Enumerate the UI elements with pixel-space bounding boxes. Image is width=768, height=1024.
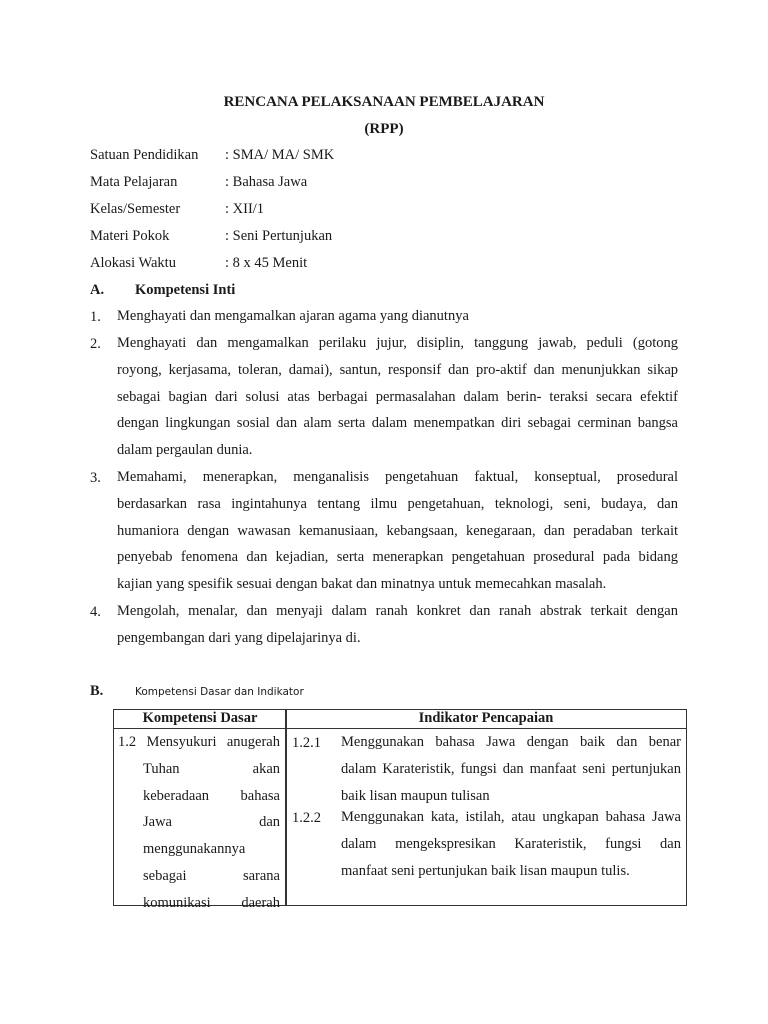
text-line: Menghayati dan mengamalkan ajaran agama … (117, 303, 678, 330)
document-subtitle: (RPP) (0, 121, 768, 138)
text-line: sebagai sarana (118, 863, 280, 890)
text-line: pengembangan dari yang dipelajarinya di. (117, 625, 678, 652)
text-line: komunikasi daerah (118, 890, 280, 917)
ki-item-3-number: 3. (90, 470, 101, 487)
meta-label-satuan-pendidikan: Satuan Pendidikan (90, 147, 198, 164)
ki-item-4-text: Mengolah, menalar, dan menyaji dalam ran… (117, 598, 678, 652)
kompetensi-table: Kompetensi Dasar Indikator Pencapaian 1.… (113, 709, 687, 906)
ki-item-4-number: 4. (90, 604, 101, 621)
text-line: manfaat seni pertunjukan baik lisan maup… (341, 858, 681, 885)
text-line: kajian yang spesifik sesuai dengan bakat… (117, 571, 678, 598)
text-line: berdasarkan rasa ingintahunya tentang il… (117, 491, 678, 518)
meta-value-materi-pokok: : Seni Pertunjukan (225, 228, 332, 245)
meta-value-satuan-pendidikan: : SMA/ MA/ SMK (225, 147, 334, 164)
meta-label-materi-pokok: Materi Pokok (90, 228, 169, 245)
indicator-2-text: Menggunakan kata, istilah, atau ungkapan… (341, 804, 681, 884)
text-line: dalam pergaulan dunia. (117, 437, 678, 464)
meta-label-alokasi-waktu: Alokasi Waktu (90, 255, 176, 272)
section-a-title: Kompetensi Inti (135, 282, 235, 299)
text-line: dalam Karateristik, fungsi dan manfaat s… (341, 756, 681, 783)
ki-item-3-text: Memahami, menerapkan, menganalisis penge… (117, 464, 678, 598)
meta-value-alokasi-waktu: : 8 x 45 Menit (225, 255, 307, 272)
text-line: Memahami, menerapkan, menganalisis penge… (117, 464, 678, 491)
table-header-kompetensi-dasar: Kompetensi Dasar (114, 710, 286, 727)
section-b-letter: B. (90, 683, 103, 700)
table-header-row: Kompetensi Dasar Indikator Pencapaian (114, 710, 686, 729)
section-b-title: Kompetensi Dasar dan Indikator (135, 686, 304, 698)
indicator-1-number: 1.2.1 (292, 735, 321, 752)
text-line: Jawa dan (118, 809, 280, 836)
ki-item-1-number: 1. (90, 309, 101, 326)
text-line: humaniora dengan wawasan kemanusiaan, ke… (117, 518, 678, 545)
text-line: keberadaan bahasa (118, 783, 280, 810)
indicator-1-text: Menggunakan bahasa Jawa dengan baik dan … (341, 729, 681, 809)
section-a-letter: A. (90, 282, 104, 299)
text-line: Tuhan akan (118, 756, 280, 783)
text-line: dalam mengekspresikan Karateristik, fung… (341, 831, 681, 858)
column-divider (285, 710, 287, 905)
ki-item-2-text: Menghayati dan mengamalkan perilaku juju… (117, 330, 678, 464)
text-line: menggunakannya (118, 836, 280, 863)
ki-item-2-number: 2. (90, 336, 101, 353)
text-line: royong, kerjasama, toleran, damai), sant… (117, 357, 678, 384)
indicator-2-number: 1.2.2 (292, 810, 321, 827)
text-line: penyebab fenomena dan kejadian, serta me… (117, 544, 678, 571)
text-line: Menggunakan bahasa Jawa dengan baik dan … (341, 729, 681, 756)
document-title: RENCANA PELAKSANAAN PEMBELAJARAN (0, 94, 768, 111)
kompetensi-dasar-cell: 1.2 Mensyukuri anugerah Tuhan akan keber… (118, 729, 280, 917)
text-line: sebagai bagian dari solusi atas berbagai… (117, 384, 678, 411)
table-header-indikator: Indikator Pencapaian (286, 710, 686, 727)
meta-label-mata-pelajaran: Mata Pelajaran (90, 174, 177, 191)
ki-item-1-text: Menghayati dan mengamalkan ajaran agama … (117, 303, 678, 330)
meta-label-kelas-semester: Kelas/Semester (90, 201, 180, 218)
meta-value-mata-pelajaran: : Bahasa Jawa (225, 174, 307, 191)
text-line: 1.2 Mensyukuri anugerah (118, 729, 280, 756)
text-line: dengan lingkungan sosial dan alam serta … (117, 410, 678, 437)
meta-value-kelas-semester: : XII/1 (225, 201, 264, 218)
text-line: Mengolah, menalar, dan menyaji dalam ran… (117, 598, 678, 625)
text-line: Menghayati dan mengamalkan perilaku juju… (117, 330, 678, 357)
text-line: Menggunakan kata, istilah, atau ungkapan… (341, 804, 681, 831)
